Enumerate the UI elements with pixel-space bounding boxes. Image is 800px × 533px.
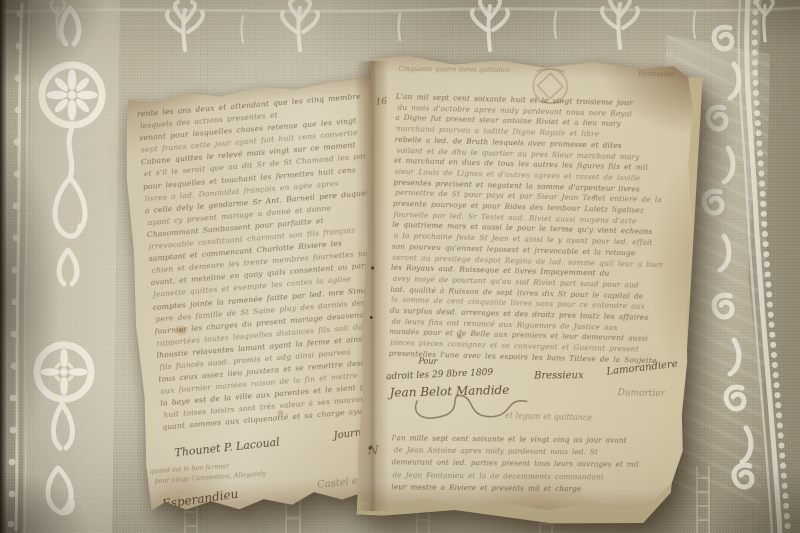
manuscript: rente les ans deux et attendant que les …: [105, 45, 705, 515]
signature: Esperandieu: [161, 487, 239, 512]
handwriting-line: leur mestre a Riviere et presents mil et…: [391, 481, 677, 496]
photograph: rente les ans deux et attendant que les …: [0, 0, 800, 533]
signature-flourish: [409, 386, 540, 428]
signature: Thounet P. Lacoual: [174, 436, 280, 460]
signature: adroit les 29 8bre 1809: [386, 368, 493, 382]
signature: Lamorandiere: [606, 359, 678, 378]
page-right-closing-text: l'an mille sept cent soixante et le ving…: [391, 432, 678, 499]
signature: Bressieux: [534, 370, 584, 381]
page-right-text: L'an mil sept cent soixante huit et le v…: [388, 92, 685, 370]
backdrop-edge: [0, 0, 7, 533]
revenue-header: Cinquante quatre livres quittance: [399, 65, 510, 74]
signature: Dumortier: [618, 388, 666, 399]
page-right: Cinquante quatre livres quittance Remiss…: [356, 55, 696, 514]
page-left-text: rente les ans deux et attendant que les …: [137, 91, 387, 438]
remission-header: Remission: [638, 70, 675, 79]
signature: Pour: [418, 357, 437, 367]
signature-block: Pour adroit les 29 8bre 1809 Jean Belot …: [375, 355, 679, 433]
fold-crease: [355, 61, 389, 511]
page-right-header: Cinquante quatre livres quittance Remiss…: [369, 55, 697, 64]
